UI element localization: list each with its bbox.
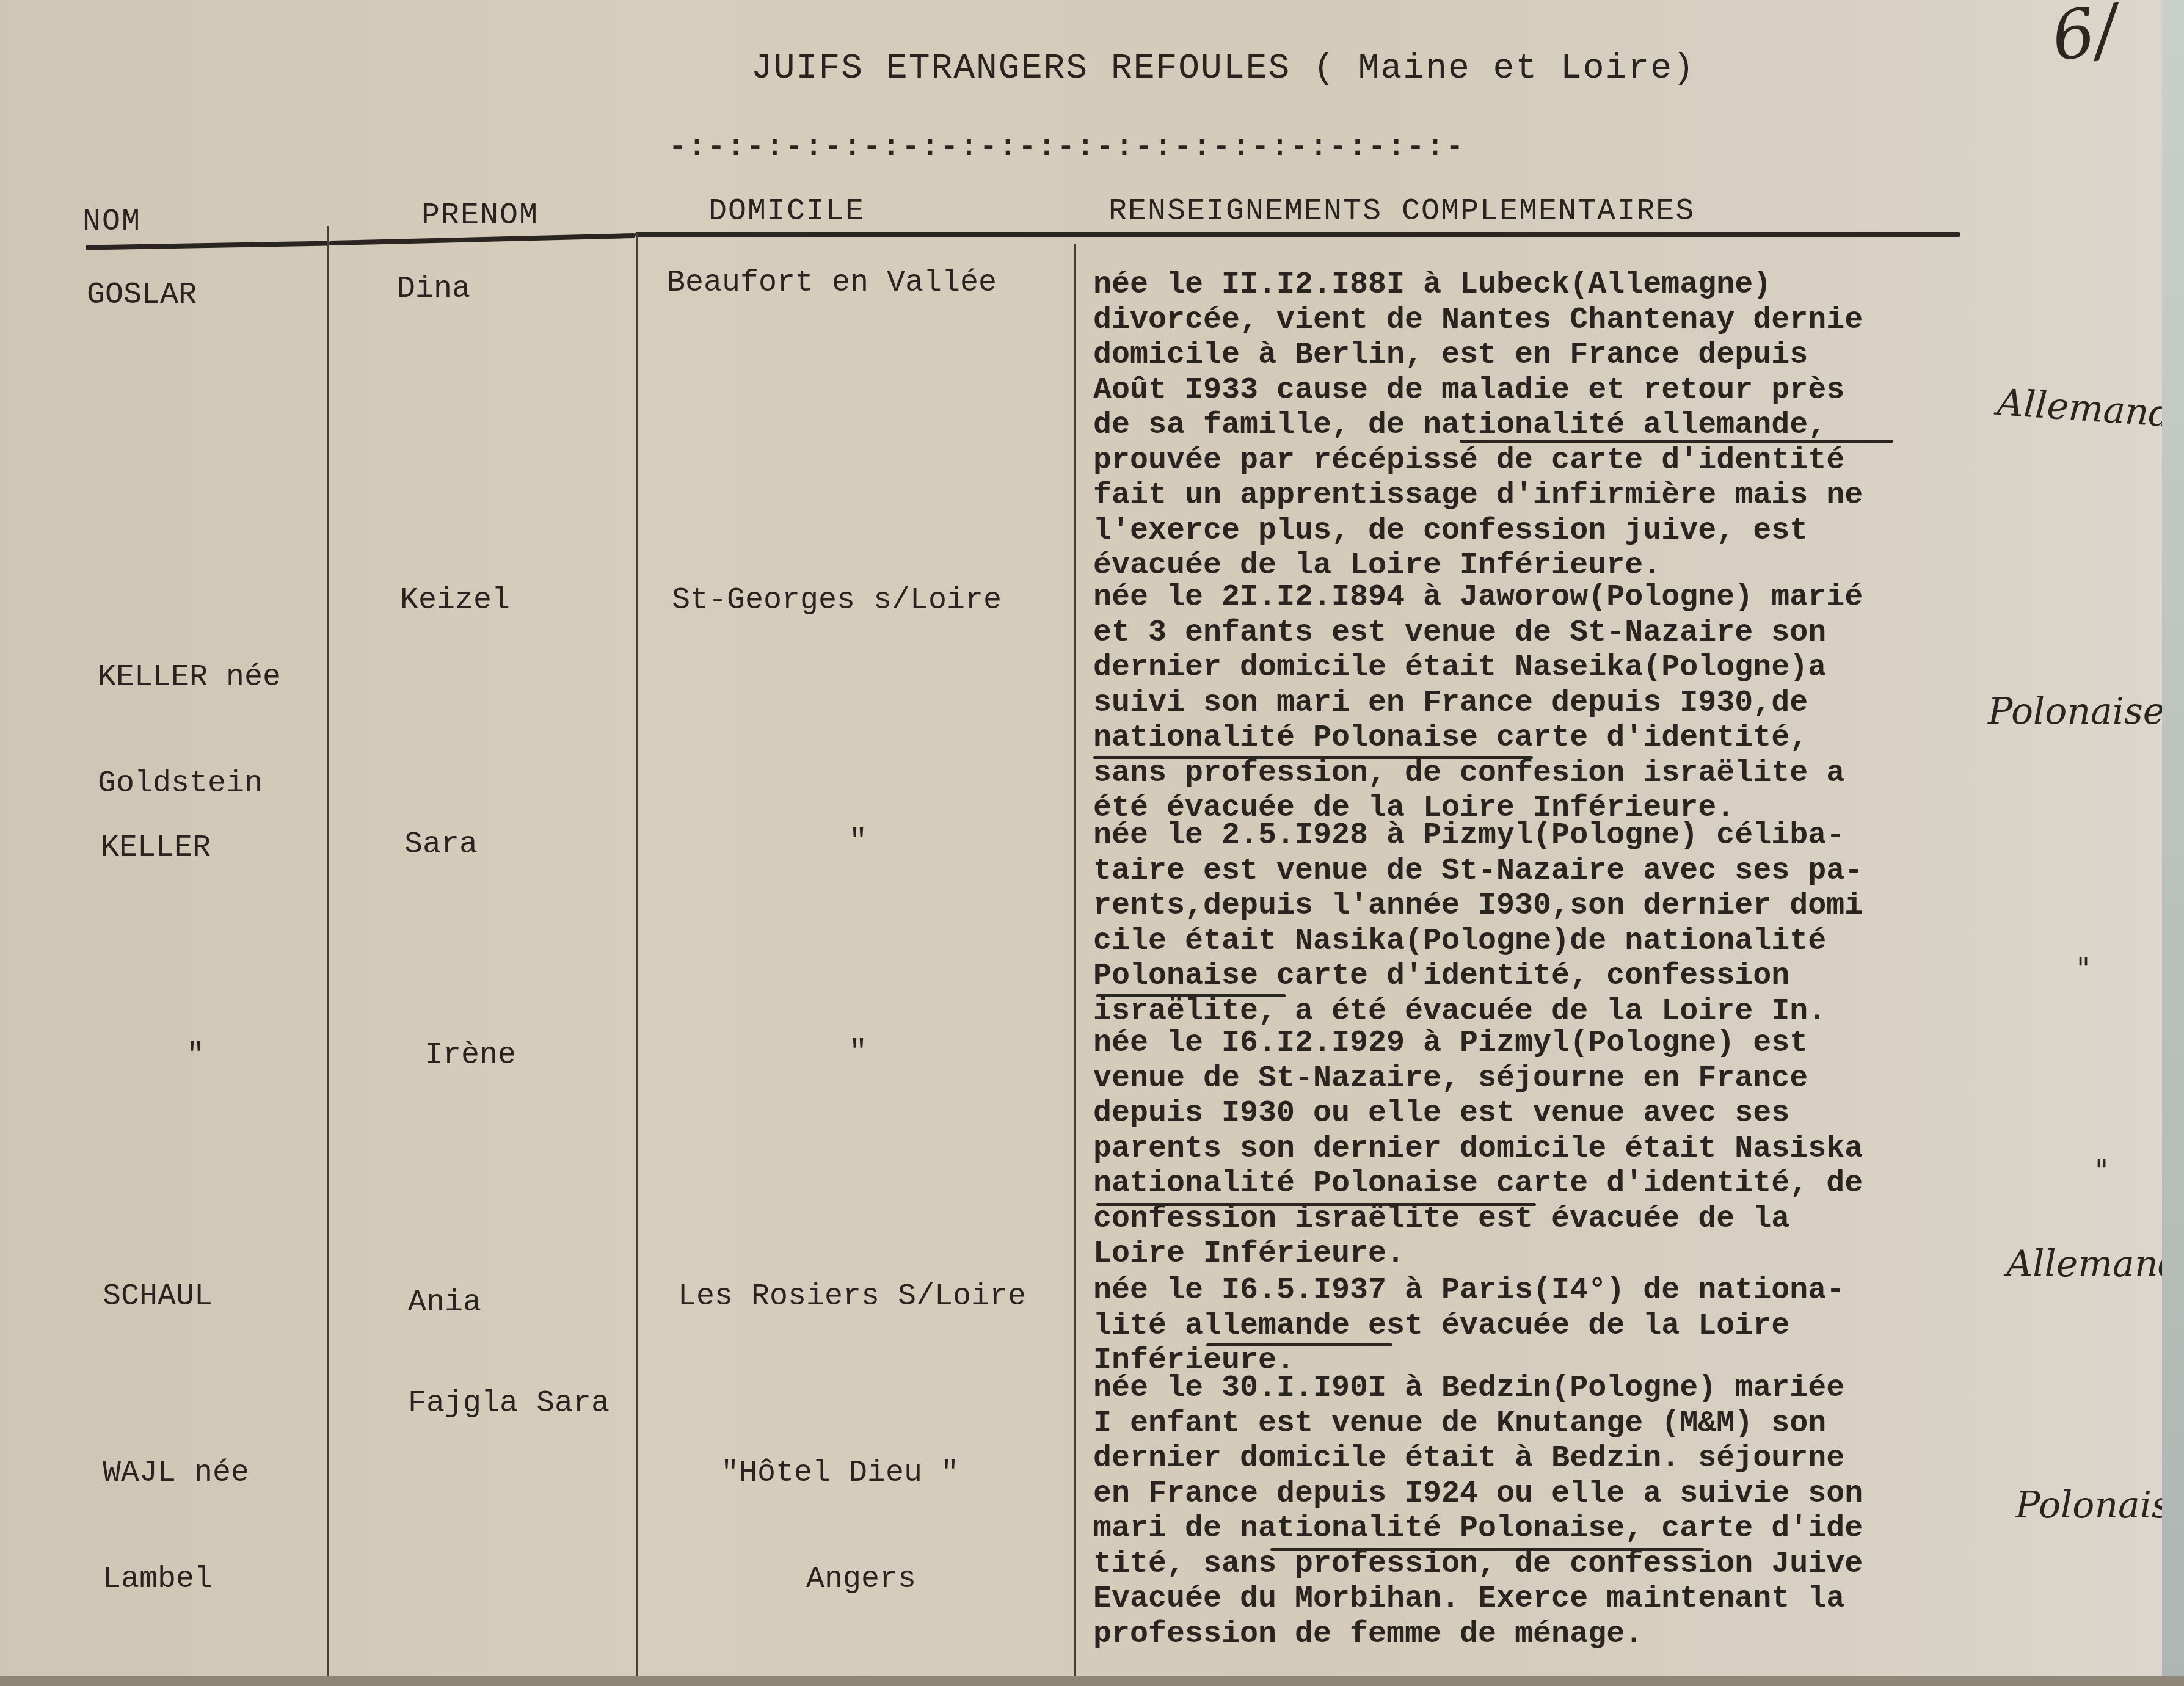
header-rule [86,241,330,250]
column-header-renseignements: RENSEIGNEMENTS COMPLEMENTAIRES [1108,194,1695,229]
cell-domicile: Beaufort en Vallée [667,266,997,301]
cell-prenom: Fajgla Sara [408,1386,610,1422]
header-rule [635,232,1960,237]
column-header-domicile: DOMICILE [708,194,865,229]
cell-domicile: " [849,824,867,860]
page-marker-handwritten: 6/ [2047,0,2123,76]
cell-renseignements: née le 30.I.I90I à Bedzin(Pologne) marié… [1093,1371,1973,1652]
cell-nom: " [186,1038,205,1074]
column-divider [636,233,638,1686]
cell-domicile: St-Georges s/Loire [672,583,1002,619]
cell-domicile: " [849,1035,867,1070]
column-divider [1074,244,1076,1686]
margin-note-ditto: " [2095,1154,2108,1188]
cell-renseignements: née le 2.5.I928 à Pizmyl(Pologne) céliba… [1093,818,1973,1029]
underline-nationalite [1206,1343,1392,1346]
underline-nationalite [1270,1548,1704,1551]
title-separator: -:-:-:-:-:-:-:-:-:-:-:-:-:-:-:-:-:-:-:-:… [669,131,1465,164]
cell-prenom: Sara [404,827,478,863]
cell-nom: SCHAUL [103,1279,213,1315]
cell-domicile: Les Rosiers S/Loire [678,1279,1026,1315]
cell-renseignements: née le I6.5.I937 à Paris(I4°) de nationa… [1093,1273,1973,1379]
cell-renseignements: née le II.I2.I88I à Lubeck(Allemagne) di… [1093,267,1973,584]
underline-nationalite [1460,440,1893,443]
cell-prenom: Irène [424,1038,516,1074]
document-title: JUIFS ETRANGERS REFOULES ( Maine et Loir… [751,49,1695,89]
cell-nom: WAJL née Lambel [103,1385,249,1668]
document-page: 6/ JUIFS ETRANGERS REFOULES ( Maine et L… [0,0,2162,1676]
column-divider [327,226,329,1686]
margin-note: Allemande [1996,381,2184,437]
cell-renseignements: née le I6.I2.I929 à Pizmyl(Pologne) est … [1093,1026,1973,1272]
cell-nom: KELLER [101,830,211,866]
cell-domicile: "Hôtel Dieu " Angers [721,1385,959,1668]
header-rule [330,233,635,245]
background-edge [2162,0,2184,1686]
cell-prenom: Keizel [400,583,510,619]
underline-nationalite [1096,994,1286,997]
margin-note-ditto: " [2077,953,2090,987]
cell-nom: GOSLAR [87,278,197,313]
underline-nationalite [1093,756,1533,759]
margin-note: Allemande [2006,1243,2184,1285]
cell-renseignements: née le 2I.I2.I894 à Jaworow(Pologne) mar… [1093,580,1973,826]
column-header-nom: NOM [82,205,141,239]
cell-prenom: Ania [408,1285,481,1321]
margin-note: Polonaise [1988,690,2164,733]
cell-prenom: Dina [397,272,470,307]
underline-nationalite [1096,1203,1536,1206]
column-header-prenom: PRENOM [421,198,539,233]
margin-note: Polonaise [2015,1484,2184,1527]
background-edge [0,1676,2184,1686]
